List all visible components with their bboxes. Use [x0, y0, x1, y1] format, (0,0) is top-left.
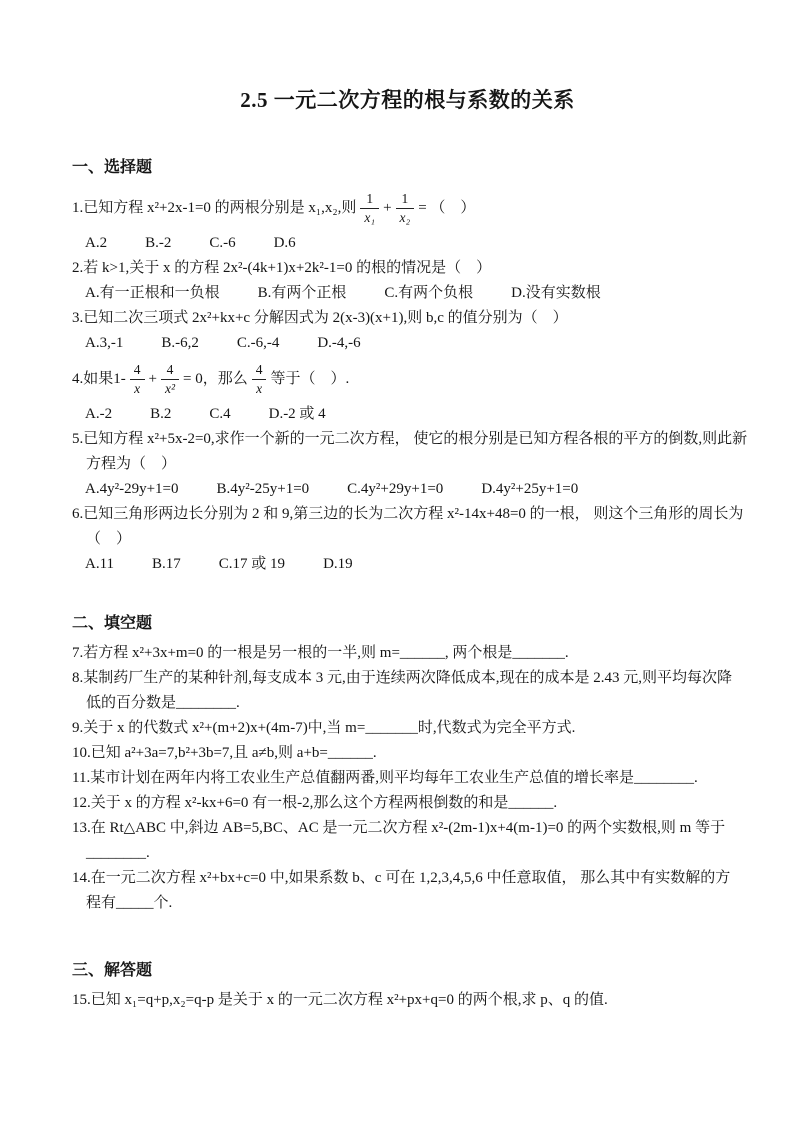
option: D.-4,-6 [317, 331, 360, 356]
question-text: 8.某制药厂生产的某种针剂,每支成本 3 元,由于连续两次降低成本,现在的成本是… [72, 670, 732, 686]
option: B.有两个正根 [258, 281, 347, 306]
option: C.4y²+29y+1=0 [347, 477, 443, 502]
option: C.有两个负根 [384, 281, 473, 306]
section: 一、选择题1.已知方程 x²+2x-1=0 的两根分别是 x₁,x₂,则1x₁+… [72, 157, 743, 577]
option: C.-6 [209, 231, 235, 256]
question-line: 8.某制药厂生产的某种针剂,每支成本 3 元,由于连续两次降低成本,现在的成本是… [72, 666, 743, 691]
question-text: ________. [86, 845, 150, 861]
question-text: 7.若方程 x²+3x+m=0 的一根是另一根的一半,则 m=______, 两… [72, 645, 569, 661]
question-text: 9.关于 x 的代数式 x²+(m+2)x+(4m-7)中,当 m=______… [72, 720, 575, 736]
fraction: 4x [130, 362, 145, 396]
option: B.-2 [145, 231, 171, 256]
question-text: 1.已知方程 x²+2x-1=0 的两根分别是 x₁,x₂,则 [72, 196, 356, 221]
fraction-denominator: x [130, 379, 145, 397]
option: B.4y²-25y+1=0 [217, 477, 310, 502]
option: D.19 [323, 552, 353, 577]
question: 8.某制药厂生产的某种针剂,每支成本 3 元,由于连续两次降低成本,现在的成本是… [72, 666, 743, 716]
question-text: 等于（ ）. [270, 367, 349, 392]
question: 10.已知 a²+3a=7,b²+3b=7,且 a≠b,则 a+b=______… [72, 741, 743, 766]
question-line: 5.已知方程 x²+5x-2=0,求作一个新的一元二次方程， 使它的根分别是已知… [72, 427, 743, 452]
question-text: 程有_____个. [86, 895, 172, 911]
option: D.-2 或 4 [269, 402, 326, 427]
question: 7.若方程 x²+3x+m=0 的一根是另一根的一半,则 m=______, 两… [72, 641, 743, 666]
question: 3.已知二次三项式 2x²+kx+c 分解因式为 2(x-3)(x+1),则 b… [72, 306, 743, 356]
question-line: 7.若方程 x²+3x+m=0 的一根是另一根的一半,则 m=______, 两… [72, 641, 743, 666]
question-text: = （ ） [418, 196, 475, 221]
question-line: 9.关于 x 的代数式 x²+(m+2)x+(4m-7)中,当 m=______… [72, 716, 743, 741]
question-line: 11.某市计划在两年内将工农业生产总值翻两番,则平均每年工农业生产总值的增长率是… [72, 766, 743, 791]
fraction-denominator: x₂ [396, 208, 415, 226]
question: 12.关于 x 的方程 x²-kx+6=0 有一根-2,那么这个方程两根倒数的和… [72, 791, 743, 816]
page-title: 2.5 一元二次方程的根与系数的关系 [72, 84, 743, 114]
question: 5.已知方程 x²+5x-2=0,求作一个新的一元二次方程， 使它的根分别是已知… [72, 427, 743, 502]
question: 2.若 k>1,关于 x 的方程 2x²-(4k+1)x+2k²-1=0 的根的… [72, 256, 743, 306]
question: 15.已知 x₁=q+p,x₂=q-p 是关于 x 的一元二次方程 x²+px+… [72, 988, 743, 1013]
question-text: （ ） [86, 531, 131, 547]
question-text: 12.关于 x 的方程 x²-kx+6=0 有一根-2,那么这个方程两根倒数的和… [72, 795, 557, 811]
question-text: 14.在一元二次方程 x²+bx+c=0 中,如果系数 b、c 可在 1,2,3… [72, 870, 730, 886]
option: D.没有实数根 [511, 281, 601, 306]
options-row: A.4y²-29y+1=0B.4y²-25y+1=0C.4y²+29y+1=0D… [72, 477, 743, 502]
question-text: 4.如果1- [72, 367, 126, 392]
question: 6.已知三角形两边长分别为 2 和 9,第三边的长为二次方程 x²-14x+48… [72, 502, 743, 577]
options-row: A.3,-1B.-6,2C.-6,-4D.-4,-6 [72, 331, 743, 356]
question-line: ________. [72, 841, 743, 866]
fraction-denominator: x [252, 379, 267, 397]
option: A.11 [85, 552, 114, 577]
question-text: + [383, 196, 391, 221]
fraction: 1x₂ [396, 191, 415, 225]
option: A.4y²-29y+1=0 [85, 477, 179, 502]
option: A.有一正根和一负根 [85, 281, 220, 306]
question-text: 3.已知二次三项式 2x²+kx+c 分解因式为 2(x-3)(x+1),则 b… [72, 310, 568, 326]
question: 9.关于 x 的代数式 x²+(m+2)x+(4m-7)中,当 m=______… [72, 716, 743, 741]
question-text: 6.已知三角形两边长分别为 2 和 9,第三边的长为二次方程 x²-14x+48… [72, 506, 743, 522]
question-text: 2.若 k>1,关于 x 的方程 2x²-(4k+1)x+2k²-1=0 的根的… [72, 260, 491, 276]
fraction: 4x [252, 362, 267, 396]
fraction-numerator: 4 [252, 362, 267, 379]
question: 11.某市计划在两年内将工农业生产总值翻两番,则平均每年工农业生产总值的增长率是… [72, 766, 743, 791]
options-row: A.11B.17C.17 或 19D.19 [72, 552, 743, 577]
question-line: 12.关于 x 的方程 x²-kx+6=0 有一根-2,那么这个方程两根倒数的和… [72, 791, 743, 816]
option: C.-6,-4 [237, 331, 280, 356]
question-text: 方程为（ ） [86, 456, 176, 472]
fraction-numerator: 1 [396, 191, 415, 208]
question: 1.已知方程 x²+2x-1=0 的两根分别是 x₁,x₂,则1x₁+1x₂= … [72, 185, 743, 256]
options-row: A.2B.-2C.-6D.6 [72, 231, 743, 256]
option: C.4 [209, 402, 230, 427]
question-text: 15.已知 x₁=q+p,x₂=q-p 是关于 x 的一元二次方程 x²+px+… [72, 992, 608, 1008]
question-text: = 0，那么 [183, 367, 248, 392]
question-text: + [149, 367, 157, 392]
section: 三、解答题15.已知 x₁=q+p,x₂=q-p 是关于 x 的一元二次方程 x… [72, 960, 743, 1013]
question-line: 2.若 k>1,关于 x 的方程 2x²-(4k+1)x+2k²-1=0 的根的… [72, 256, 743, 281]
fraction-numerator: 1 [360, 191, 379, 208]
question-text: 11.某市计划在两年内将工农业生产总值翻两番,则平均每年工农业生产总值的增长率是… [72, 770, 698, 786]
fraction-numerator: 4 [130, 362, 145, 379]
question: 13.在 Rt△ABC 中,斜边 AB=5,BC、AC 是一元二次方程 x²-(… [72, 816, 743, 866]
option: A.2 [85, 231, 107, 256]
question-text: 低的百分数是________. [86, 695, 240, 711]
options-row: A.有一正根和一负根B.有两个正根C.有两个负根D.没有实数根 [72, 281, 743, 306]
question-line: 方程为（ ） [72, 452, 743, 477]
question-line: 14.在一元二次方程 x²+bx+c=0 中,如果系数 b、c 可在 1,2,3… [72, 866, 743, 891]
option: A.-2 [85, 402, 112, 427]
option: A.3,-1 [85, 331, 123, 356]
question-line: 3.已知二次三项式 2x²+kx+c 分解因式为 2(x-3)(x+1),则 b… [72, 306, 743, 331]
question-text: 10.已知 a²+3a=7,b²+3b=7,且 a≠b,则 a+b=______… [72, 745, 377, 761]
worksheet-content: 一、选择题1.已知方程 x²+2x-1=0 的两根分别是 x₁,x₂,则1x₁+… [72, 157, 743, 1013]
section-heading: 二、填空题 [72, 613, 743, 635]
option: D.6 [274, 231, 296, 256]
fraction: 4x² [161, 362, 179, 396]
question-line: 4.如果1-4x+4x²= 0，那么4x等于（ ）. [72, 356, 743, 402]
question-line: 1.已知方程 x²+2x-1=0 的两根分别是 x₁,x₂,则1x₁+1x₂= … [72, 185, 743, 231]
question-text: 13.在 Rt△ABC 中,斜边 AB=5,BC、AC 是一元二次方程 x²-(… [72, 820, 725, 836]
question-text: 5.已知方程 x²+5x-2=0,求作一个新的一元二次方程， 使它的根分别是已知… [72, 431, 747, 447]
options-row: A.-2B.2C.4D.-2 或 4 [72, 402, 743, 427]
question: 4.如果1-4x+4x²= 0，那么4x等于（ ）.A.-2B.2C.4D.-2… [72, 356, 743, 427]
section-heading: 三、解答题 [72, 960, 743, 982]
question-line: 15.已知 x₁=q+p,x₂=q-p 是关于 x 的一元二次方程 x²+px+… [72, 988, 743, 1013]
question-line: 低的百分数是________. [72, 691, 743, 716]
fraction-denominator: x₁ [360, 208, 379, 226]
option: C.17 或 19 [219, 552, 285, 577]
question-line: 13.在 Rt△ABC 中,斜边 AB=5,BC、AC 是一元二次方程 x²-(… [72, 816, 743, 841]
question-line: （ ） [72, 527, 743, 552]
option: B.2 [150, 402, 171, 427]
fraction-numerator: 4 [161, 362, 179, 379]
option: B.17 [152, 552, 181, 577]
section: 二、填空题7.若方程 x²+3x+m=0 的一根是另一根的一半,则 m=____… [72, 613, 743, 916]
question: 14.在一元二次方程 x²+bx+c=0 中,如果系数 b、c 可在 1,2,3… [72, 866, 743, 916]
question-line: 6.已知三角形两边长分别为 2 和 9,第三边的长为二次方程 x²-14x+48… [72, 502, 743, 527]
question-line: 10.已知 a²+3a=7,b²+3b=7,且 a≠b,则 a+b=______… [72, 741, 743, 766]
option: D.4y²+25y+1=0 [481, 477, 578, 502]
section-heading: 一、选择题 [72, 157, 743, 179]
worksheet-page: 2.5 一元二次方程的根与系数的关系 一、选择题1.已知方程 x²+2x-1=0… [0, 0, 793, 1122]
question-line: 程有_____个. [72, 891, 743, 916]
fraction-denominator: x² [161, 379, 179, 397]
option: B.-6,2 [161, 331, 199, 356]
fraction: 1x₁ [360, 191, 379, 225]
